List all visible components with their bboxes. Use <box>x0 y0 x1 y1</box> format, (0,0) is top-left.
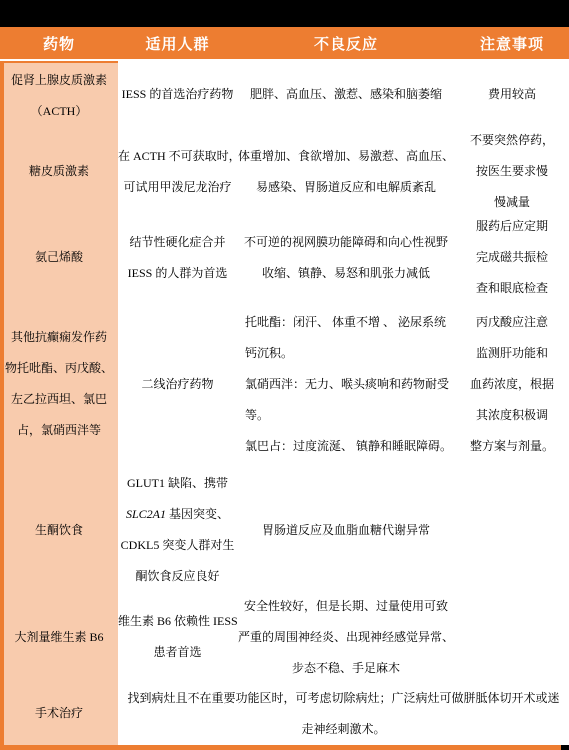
cell-population: 在 ACTH 不可获取时， 可试用甲泼尼龙治疗 <box>118 128 237 215</box>
column-header-population: 适用人群 <box>118 27 237 59</box>
cell-drug: 其他抗癫痫发作药 物托吡酯、丙戊酸、 左乙拉西坦、氯巴 占，氯硝西泮等 <box>0 300 118 468</box>
left-accent-strip <box>0 61 4 745</box>
column-header-drug: 药物 <box>0 27 118 59</box>
cell-notes: 服药后应定期 完成磁共振检 查和眼底检查 <box>455 215 569 300</box>
table-row-vigabatrin: 氨己烯酸 结节性硬化症合并 IESS 的人群为首选 不可逆的视网膜功能障碍和向心… <box>0 215 569 300</box>
cell-drug: 氨己烯酸 <box>0 215 118 300</box>
cell-adverse: 不可逆的视网膜功能障碍和向心性视野 收缩、镇静、易怒和肌张力减低 <box>237 215 455 300</box>
gene-name-italic: SLC2A1 <box>126 507 166 521</box>
cell-drug: 手术治疗 <box>0 682 118 745</box>
population-lines: GLUT1 缺陷、携带 SLC2A1 基因突变、 CDKL5 突变人群对生 酮饮… <box>118 468 237 592</box>
column-header-precautions: 注意事项 <box>455 27 569 59</box>
table-row-vitamin-b6: 大剂量维生素 B6 维生素 B6 依赖性 IESS 患者首选 安全性较好，但是长… <box>0 592 569 682</box>
table-row-other-antiseizure: 其他抗癫痫发作药 物托吡酯、丙戊酸、 左乙拉西坦、氯巴 占，氯硝西泮等 二线治疗… <box>0 300 569 468</box>
cell-adverse: 安全性较好，但是长期、过量使用可致 严重的周围神经炎、出现神经感觉异常、 步态不… <box>237 592 455 682</box>
cell-adverse: 肥胖、高血压、激惹、感染和脑萎缩 <box>237 61 455 128</box>
cell-notes: 丙戊酸应注意 监测肝功能和 血药浓度，根据 其浓度积极调 整方案与剂量。 <box>455 300 569 468</box>
cell-adverse: 托吡酯：闭汗、 体重不增 、 泌尿系统 钙沉积。 氯硝西泮：无力、喉头痰响和药物… <box>237 300 455 468</box>
page: 药物 适用人群 不良反应 注意事项 促肾上腺皮质激素 （ACTH） IESS 的… <box>0 0 569 750</box>
cell-drug: 糖皮质激素 <box>0 128 118 215</box>
bottom-bar-black-end <box>561 745 569 750</box>
bottom-accent-bar <box>0 745 569 750</box>
cell-population: 结节性硬化症合并 IESS 的人群为首选 <box>118 215 237 300</box>
cell-adverse: 体重增加、食欲增加、易激惹、高血压、 易感染、胃肠道反应和电解质紊乱 <box>237 128 455 215</box>
cell-merged-description: 找到病灶且不在重要功能区时，可考虑切除病灶；广泛病灶可做胼胝体切开术或迷 走神经… <box>118 682 569 745</box>
cell-notes: 不要突然停药， 按医生要求慢 慢减量 <box>455 128 569 215</box>
cell-population: 二线治疗药物 <box>118 300 237 468</box>
cell-drug: 促肾上腺皮质激素 （ACTH） <box>0 61 118 128</box>
table-row-glucocorticoid: 糖皮质激素 在 ACTH 不可获取时， 可试用甲泼尼龙治疗 体重增加、食欲增加、… <box>0 128 569 215</box>
cell-drug: 大剂量维生素 B6 <box>0 592 118 682</box>
table-header-row: 药物 适用人群 不良反应 注意事项 <box>0 27 569 59</box>
cell-population: IESS 的首选治疗药物 <box>118 61 237 128</box>
table-row-surgery: 手术治疗 找到病灶且不在重要功能区时，可考虑切除病灶；广泛病灶可做胼胝体切开术或… <box>0 682 569 745</box>
cell-notes <box>455 592 569 682</box>
column-header-adverse-reactions: 不良反应 <box>237 27 455 59</box>
cell-drug: 生酮饮食 <box>0 468 118 592</box>
cell-population: 维生素 B6 依赖性 IESS 患者首选 <box>118 592 237 682</box>
top-black-bar <box>0 0 569 27</box>
cell-notes <box>455 468 569 592</box>
table-row-acth: 促肾上腺皮质激素 （ACTH） IESS 的首选治疗药物 肥胖、高血压、激惹、感… <box>0 61 569 128</box>
cell-notes: 费用较高 <box>455 61 569 128</box>
table-row-ketogenic-diet: 生酮饮食 GLUT1 缺陷、携带 SLC2A1 基因突变、 CDKL5 突变人群… <box>0 468 569 592</box>
cell-adverse: 胃肠道反应及血脂血糖代谢异常 <box>237 468 455 592</box>
cell-population: GLUT1 缺陷、携带 SLC2A1 基因突变、 CDKL5 突变人群对生 酮饮… <box>118 468 237 592</box>
